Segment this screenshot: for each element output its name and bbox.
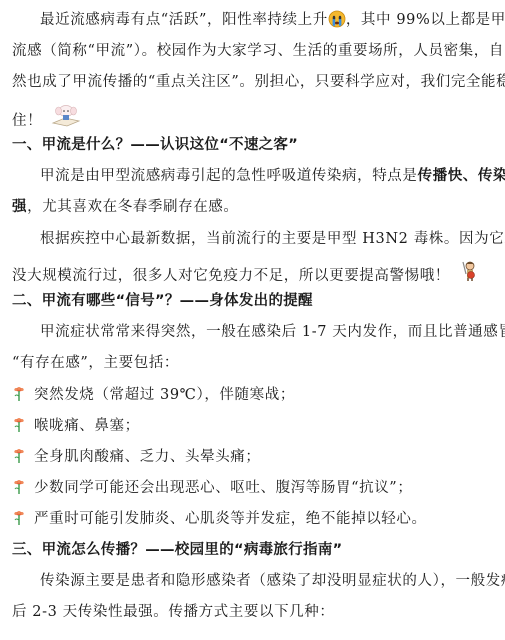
rabbit-sticker-icon	[51, 103, 81, 133]
flower-bullet-icon	[12, 479, 26, 495]
section-1-p2-line-1: 根据疾控中心最新数据，当前流行的主要是甲型 H3N2 毒株。因为它近两年	[12, 229, 493, 249]
section-1-p1-line-2: 强，尤其喜欢在冬春季刷存在感。	[12, 197, 493, 217]
section-2-p1-line-2: “有存在感”，主要包括：	[12, 353, 493, 373]
flower-bullet-icon	[12, 510, 26, 526]
section-3-p1-line-2: 后 2-3 天传染性最强。传播方式主要以下几种：	[12, 602, 493, 622]
intro-line-2: 流感（简称“甲流”）。校园作为大家学习、生活的重要场所，人员密集，自	[12, 41, 493, 61]
symptom-list-item: 喉咙痛、鼻塞；	[12, 416, 493, 436]
symptom-list-item: 少数同学可能还会出现恶心、呕吐、腹泻等肠胃“抗议”；	[12, 478, 493, 498]
intro-text: ，其中 99%以上都是甲型	[346, 12, 505, 28]
symptom-text: 喉咙痛、鼻塞；	[34, 418, 140, 434]
symptom-text: 严重时可能引发肺炎、心肌炎等并发症，绝不能掉以轻心。	[34, 511, 427, 527]
section-1-heading: 一、甲流是什么？——认识这位“不速之客”	[12, 135, 493, 155]
symptom-text: 全身肌肉酸痛、乏力、头晕头痛；	[34, 449, 261, 465]
section-3-p1-line-1: 传染源主要是患者和隐形感染者（感染了却没明显症状的人），一般发病	[12, 571, 493, 591]
symptom-list-item: 严重时可能引发肺炎、心肌炎等并发症，绝不能掉以轻心。	[12, 509, 493, 529]
intro-text: 最近流感病毒有点“活跃”，阳性率持续上升	[40, 12, 328, 28]
symptom-text: 少数同学可能还会出现恶心、呕吐、腹泻等肠胃“抗议”；	[34, 480, 412, 496]
symptom-list-item: 突然发烧（常超过 39℃），伴随寒战；	[12, 385, 493, 405]
body-text: 甲流是由甲型流感病毒引起的急性呼吸道传染病，特点是	[40, 168, 418, 184]
bold-text: 强	[12, 199, 27, 215]
symptom-list-item: 全身肌肉酸痛、乏力、头晕头痛；	[12, 447, 493, 467]
section-1-p2-line-2: 没大规模流行过，很多人对它免疫力不足，所以更要提高警惕哦！	[12, 260, 493, 280]
body-text: ，尤其喜欢在冬春季刷存在感。	[27, 199, 238, 215]
section-1-p1-line-1: 甲流是由甲型流感病毒引起的急性呼吸道传染病，特点是传播快、传染性	[12, 166, 493, 186]
section-2-heading: 二、甲流有哪些“信号”？——身体发出的提醒	[12, 291, 493, 311]
body-text: 没大规模流行过，很多人对它免疫力不足，所以更要提高警惕哦！	[12, 268, 450, 284]
warrior-sticker-icon	[461, 260, 477, 288]
crying-face-icon	[328, 10, 346, 34]
symptom-text: 突然发烧（常超过 39℃），伴随寒战；	[34, 387, 295, 403]
intro-text: 住！	[12, 113, 42, 129]
intro-line-4: 住！	[12, 103, 493, 123]
flower-bullet-icon	[12, 386, 26, 402]
flower-bullet-icon	[12, 417, 26, 433]
section-3-heading: 三、甲流怎么传播？——校园里的“病毒旅行指南”	[12, 540, 493, 560]
bold-text: 传播快、传染性	[418, 168, 505, 184]
document-page: 最近流感病毒有点“活跃”，阳性率持续上升，其中 99%以上都是甲型 流感（简称“…	[0, 0, 505, 640]
section-2-p1-line-1: 甲流症状常常来得突然，一般在感染后 1-7 天内发作，而且比普通感冒更	[12, 322, 493, 342]
intro-line-1: 最近流感病毒有点“活跃”，阳性率持续上升，其中 99%以上都是甲型	[12, 10, 493, 30]
intro-line-3: 然也成了甲流传播的“重点关注区”。别担心，只要科学应对，我们完全能稳	[12, 72, 493, 92]
flower-bullet-icon	[12, 448, 26, 464]
